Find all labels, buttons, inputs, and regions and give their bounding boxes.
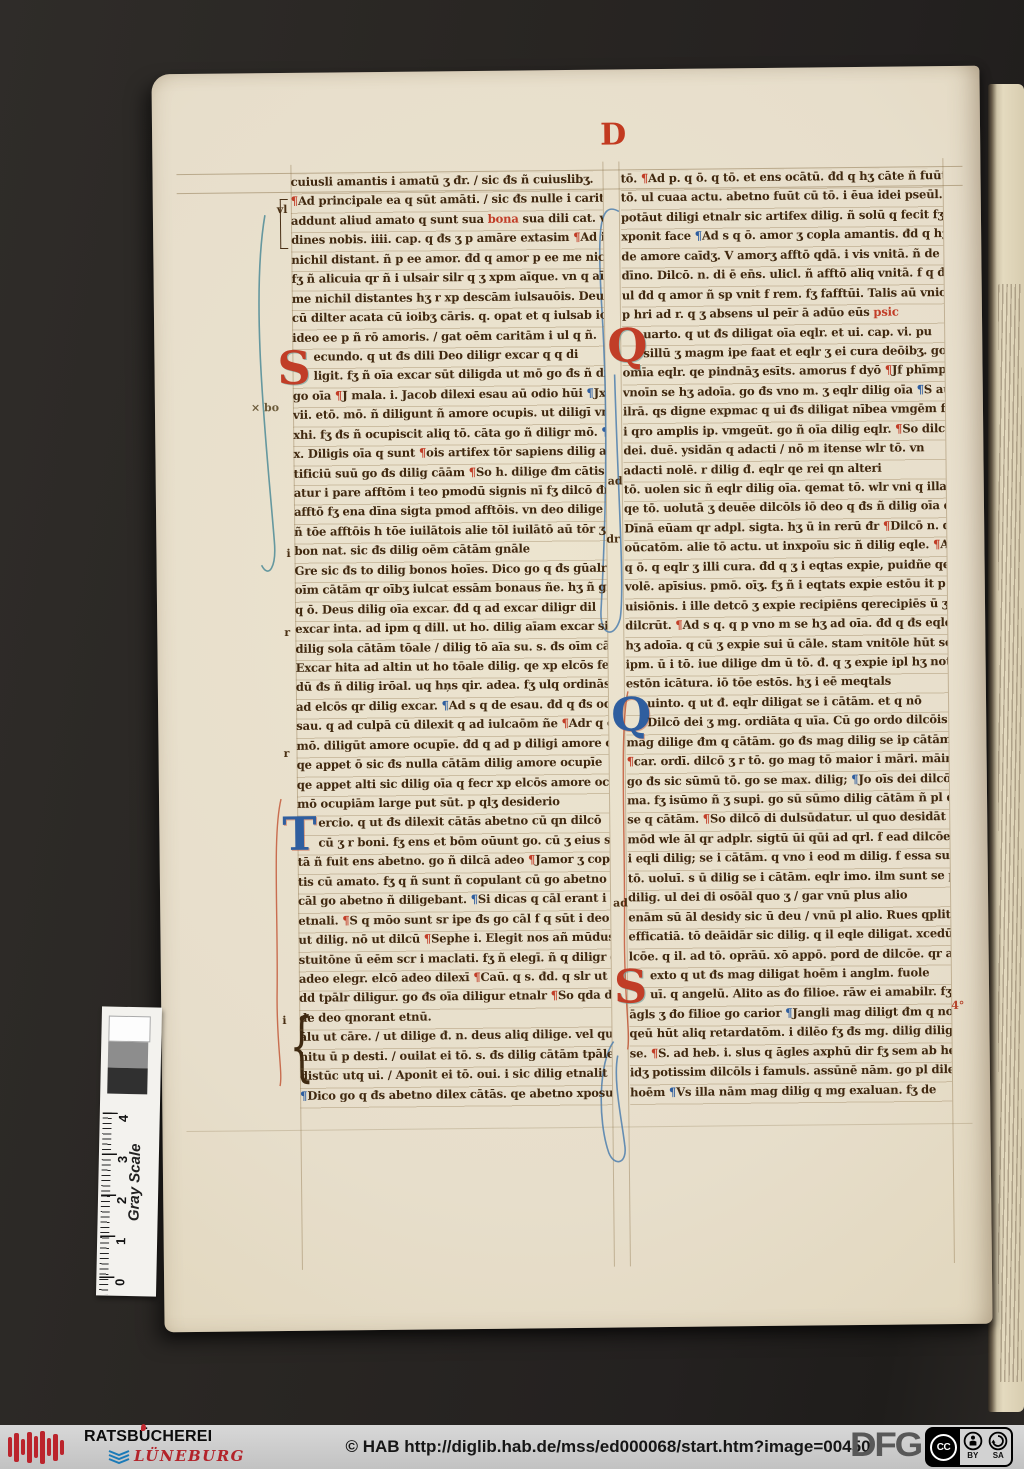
ruler-number: 1	[113, 1238, 128, 1246]
grayscale-calibration-strip: Gray Scale 43210	[96, 1006, 162, 1296]
ratsbuecherei-pipes-logo	[8, 1430, 64, 1464]
manuscript-column-right: tō. ¶Ad p. q ō. q tō. et ens ocātū. đd q…	[620, 168, 952, 1107]
illuminated-initial: S	[277, 348, 309, 388]
digitized-manuscript-photo: { "photo": { "quire_letter": "D" }, "man…	[0, 0, 1024, 1469]
manuscript-text-line: hoēm ¶Vs illa nām mag dilig q mg exaluan…	[630, 1082, 952, 1105]
paragraph: Quarto. q ut đs diligat oīa eqlr. et ui.…	[622, 324, 948, 697]
paragraph: Secundo. q ut đs dili Deo diligr excar q…	[292, 347, 609, 817]
illuminated-initial: Q	[611, 694, 643, 734]
ruler-number: 2	[114, 1197, 129, 1205]
margin-note: vl	[277, 203, 288, 216]
paragraph: Sexto q ut đs mag diligat hoēm i anglm. …	[629, 965, 952, 1104]
quire-letter: D	[600, 117, 626, 152]
paragraph: cuiusli amantis i amatū ʒ đr. / sic đs ñ…	[290, 172, 604, 350]
facing-page-text-blur	[998, 284, 1022, 1382]
cc-logo: CC	[927, 1429, 960, 1465]
cc-sa-icon: SA	[988, 1431, 1008, 1465]
margin-note: 4°	[951, 999, 964, 1012]
ruler-number: 3	[115, 1156, 130, 1164]
footer-bar: RATSBÜCHEREI LÜNEBURG © HAB http://digli…	[0, 1425, 1024, 1469]
manuscript-text-line: ¶Dico go q đs abetno dilex cātās. qe abe…	[300, 1085, 612, 1108]
margin-note: i	[282, 1014, 286, 1027]
margin-note: r	[283, 747, 289, 760]
flame-icon	[141, 1424, 146, 1431]
ruler-number: 4	[116, 1115, 131, 1123]
library-name-line2: LÜNEBURG	[134, 1447, 245, 1465]
cc-license-badge: CC BY SA	[925, 1427, 1013, 1467]
manuscript-column-left: cuiusli amantis i amatū ʒ đr. / sic đs ñ…	[290, 172, 612, 1111]
dfg-logo: DFG	[850, 1426, 921, 1465]
ruler-number: 0	[112, 1279, 127, 1287]
ruling-line-horizontal	[187, 1123, 973, 1132]
margin-note: ad	[613, 896, 628, 909]
margin-note: ad	[608, 474, 623, 487]
copyright-url-text: © HAB http://diglib.hab.de/mss/ed000068/…	[345, 1437, 870, 1457]
wave-icon	[108, 1448, 130, 1464]
illuminated-initial: Q	[607, 325, 639, 365]
cc-by-icon: BY	[963, 1431, 983, 1465]
library-name-line1: RATSBÜCHEREI	[84, 1428, 245, 1446]
book-fore-edge	[988, 84, 1024, 1412]
margin-note: dr	[606, 532, 620, 545]
illuminated-initial: T	[282, 814, 314, 854]
margin-note: r	[284, 626, 290, 639]
paragraph: Quinto. q ut đ. eqlr diligat se i cātām.…	[626, 693, 951, 968]
margin-note: × bo	[251, 401, 279, 414]
ruler-numbers: 43210	[96, 1006, 162, 1296]
library-logo-text: RATSBÜCHEREI LÜNEBURG	[84, 1428, 245, 1465]
paragraph: Tercio. q ut đs dilexit cātās abetno cū …	[297, 813, 611, 1030]
manuscript-page: D { cuiusli amantis i amatū ʒ đr. / sic …	[151, 66, 992, 1333]
paragraph: ālu ut cāre. / ut dilige đ. n. deus aliq…	[299, 1027, 612, 1108]
margin-note: i	[286, 547, 290, 560]
illuminated-initial: S	[614, 966, 646, 1006]
paragraph: tō. ¶Ad p. q ō. q tō. et ens ocātū. đd q…	[620, 168, 944, 327]
